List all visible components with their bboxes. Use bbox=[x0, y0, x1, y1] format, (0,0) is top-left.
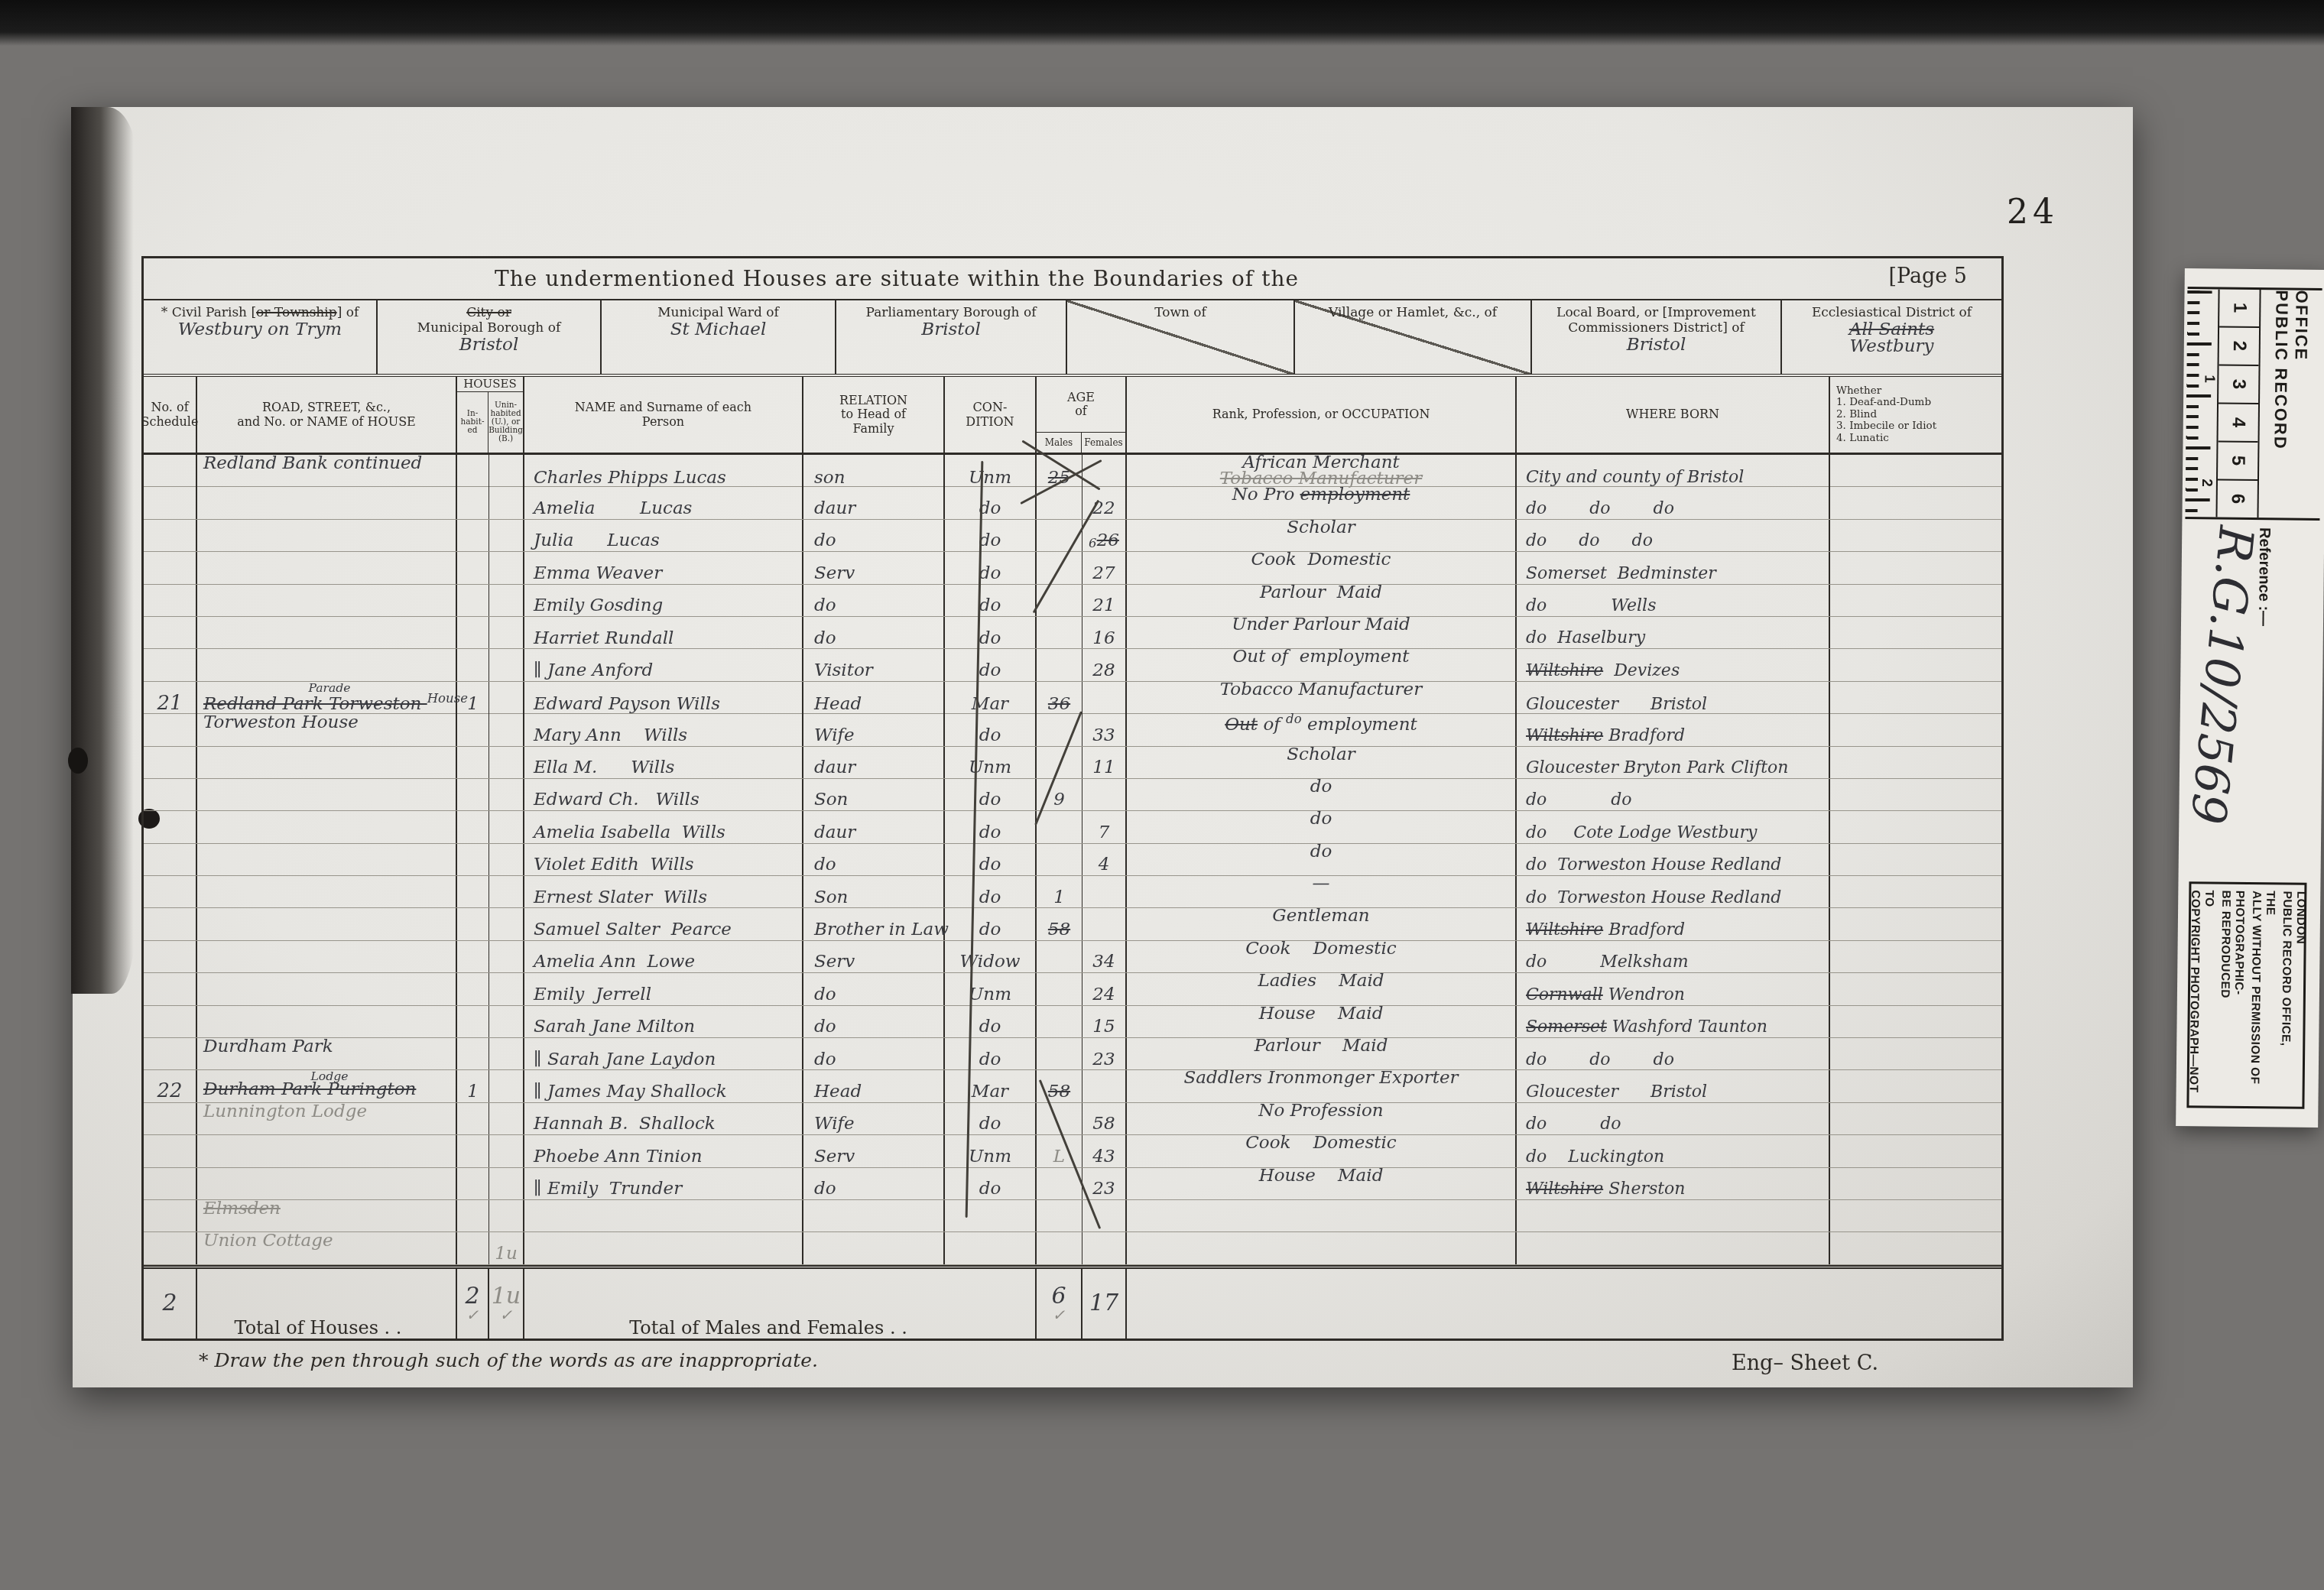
cell-inhabited bbox=[457, 876, 489, 907]
cell-inhabited bbox=[457, 811, 489, 842]
field-label: Local Board, or [ImprovementCommissioner… bbox=[1532, 300, 1780, 336]
totals-houses-label: Total of Houses . . bbox=[197, 1269, 457, 1339]
cell-where-born bbox=[1517, 1200, 1830, 1231]
cell-condition: do bbox=[945, 520, 1037, 551]
cell-road: Lunnington Lodge bbox=[197, 1103, 457, 1134]
totals-schedule: 2 bbox=[144, 1269, 197, 1339]
cell-name: Amelia Ann Lowe bbox=[524, 941, 803, 972]
cell-age-female: 15 bbox=[1082, 1006, 1127, 1037]
cell-inhabited bbox=[457, 779, 489, 810]
cell-where-born: do do do bbox=[1517, 487, 1830, 518]
field-label: * Civil Parish [or Township] of bbox=[144, 300, 376, 320]
public-record-office-label: PUBLIC RECORD OFFICE bbox=[2258, 290, 2322, 518]
table-row: ∥ Jane Anford Visitor do 28 Out of emplo… bbox=[144, 649, 2001, 681]
cell-schedule bbox=[144, 876, 197, 907]
cell-occupation: do bbox=[1127, 779, 1517, 810]
cell-name: Amelia Isabella Wills bbox=[524, 811, 803, 842]
field-value: All SaintsWestbury bbox=[1782, 322, 2001, 355]
cell-uninhabited bbox=[489, 455, 524, 488]
table-row: Emma Weaver Serv do 27 Cook Domestic Som… bbox=[144, 552, 2001, 584]
scale-number: 2 bbox=[2219, 328, 2260, 367]
cell-relation: do bbox=[803, 973, 945, 1004]
cell-infirmity bbox=[1830, 1006, 2001, 1037]
district-field-ecclesiastical: Ecclesiastical District of All SaintsWes… bbox=[1782, 300, 2001, 374]
cell-relation: Visitor bbox=[803, 649, 945, 680]
cell-infirmity bbox=[1830, 1135, 2001, 1167]
field-label: Town of bbox=[1067, 300, 1293, 320]
cell-occupation: No Profession bbox=[1127, 1103, 1517, 1134]
scale-number: 4 bbox=[2219, 404, 2259, 443]
cell-age-male bbox=[1037, 585, 1082, 616]
cell-relation: do bbox=[803, 585, 945, 616]
ruler-cm-1: 1 bbox=[2200, 375, 2217, 383]
cell-occupation: Under Parlour Maid bbox=[1127, 617, 1517, 648]
cell-inhabited bbox=[457, 844, 489, 875]
cell-occupation: Cook Domestic bbox=[1127, 941, 1517, 972]
cell-inhabited: 1 bbox=[457, 1070, 489, 1102]
copyright-line: ALLY WITHOUT PERMISSION OF THE bbox=[2247, 891, 2277, 1100]
cell-condition: Mar bbox=[945, 1070, 1037, 1102]
cell-road: Elmsden bbox=[197, 1200, 457, 1231]
cell-relation: Wife bbox=[803, 1103, 945, 1134]
table-row: ∥ Emily Trunder do do 23 House Maid Wilt… bbox=[144, 1168, 2001, 1200]
column-header-where-born: WHERE BORN bbox=[1517, 377, 1830, 453]
cell-inhabited bbox=[457, 973, 489, 1004]
cell-relation: do bbox=[803, 844, 945, 875]
scale-number: 1 bbox=[2219, 290, 2260, 329]
column-header-occupation: Rank, Profession, or OCCUPATION bbox=[1127, 377, 1517, 453]
cell-name: Charles Phipps Lucas bbox=[524, 455, 803, 488]
table-row: Samuel Salter Pearce Brother in Law do 5… bbox=[144, 908, 2001, 940]
cell-condition: do bbox=[945, 585, 1037, 616]
field-label: Village or Hamlet, &c., of bbox=[1295, 300, 1530, 320]
cell-infirmity bbox=[1830, 617, 2001, 648]
cell-infirmity bbox=[1830, 585, 2001, 616]
cell-name: Emma Weaver bbox=[524, 552, 803, 583]
table-row: Edward Ch. Wills Son do 9 do do do bbox=[144, 779, 2001, 811]
cell-condition: do bbox=[945, 779, 1037, 810]
ruler-cm-2: 2 bbox=[2198, 479, 2215, 487]
table-row: Lunnington Lodge Hannah B. Shallock Wife… bbox=[144, 1103, 2001, 1135]
cell-condition: do bbox=[945, 649, 1037, 680]
cell-relation: daur bbox=[803, 747, 945, 778]
cell-name: Harriet Rundall bbox=[524, 617, 803, 648]
cell-uninhabited bbox=[489, 941, 524, 972]
cell-name: Hannah B. Shallock bbox=[524, 1103, 803, 1134]
cell-name: Ella M. Wills bbox=[524, 747, 803, 778]
check-mark: ✓ bbox=[466, 1308, 479, 1322]
check-mark: ✓ bbox=[1053, 1308, 1066, 1322]
table-row: Amelia Isabella Wills daur do 7 do do Co… bbox=[144, 811, 2001, 843]
cell-condition: do bbox=[945, 811, 1037, 842]
cell-infirmity bbox=[1830, 520, 2001, 551]
cell-inhabited bbox=[457, 1135, 489, 1167]
cell-schedule bbox=[144, 1038, 197, 1069]
cell-age-male bbox=[1037, 649, 1082, 680]
cell-uninhabited bbox=[489, 1006, 524, 1037]
cell-schedule bbox=[144, 617, 197, 648]
cell-relation bbox=[803, 1200, 945, 1231]
cell-name: Ernest Slater Wills bbox=[524, 876, 803, 907]
cell-occupation bbox=[1127, 1200, 1517, 1231]
footnote: * Draw the pen through such of the words… bbox=[199, 1349, 818, 1371]
cell-age-male bbox=[1037, 1038, 1082, 1069]
cell-name: Sarah Jane Milton bbox=[524, 1006, 803, 1037]
cell-condition bbox=[945, 1232, 1037, 1264]
cell-condition: do bbox=[945, 1006, 1037, 1037]
field-value: Bristol bbox=[836, 322, 1066, 339]
cell-inhabited bbox=[457, 941, 489, 972]
cell-schedule bbox=[144, 844, 197, 875]
cell-where-born: Somerset Bedminster bbox=[1517, 552, 1830, 583]
table-row: Sarah Jane Milton do do 15 House Maid So… bbox=[144, 1006, 2001, 1038]
cell-occupation: Scholar bbox=[1127, 747, 1517, 778]
cell-inhabited bbox=[457, 1038, 489, 1069]
cell-occupation: Ladies Maid bbox=[1127, 973, 1517, 1004]
table-row: 21 ParadeRedland Park Torweston House 1 … bbox=[144, 682, 2001, 714]
field-value: Westbury on Trym bbox=[144, 322, 376, 339]
table-title: The undermentioned Houses are situate wi… bbox=[495, 266, 1299, 291]
table-row: Emily Jerrell do Unm 24 Ladies Maid Corn… bbox=[144, 973, 2001, 1005]
cell-age-female: 33 bbox=[1082, 714, 1127, 745]
cell-relation: do bbox=[803, 1168, 945, 1199]
page-label: [Page 5 bbox=[1888, 264, 1967, 288]
cell-road bbox=[197, 1135, 457, 1167]
cell-uninhabited bbox=[489, 1135, 524, 1167]
cell-condition: do bbox=[945, 844, 1037, 875]
cell-age-male: L bbox=[1037, 1135, 1082, 1167]
cell-name bbox=[524, 1232, 803, 1264]
cell-uninhabited bbox=[489, 1168, 524, 1199]
cell-schedule bbox=[144, 908, 197, 939]
cell-road: ParadeRedland Park Torweston House bbox=[197, 682, 457, 715]
scale-number: 6 bbox=[2217, 481, 2257, 518]
column-header-uninhabited: Unin- habited (U.), or Building (B.) bbox=[488, 392, 523, 453]
scale-number: 3 bbox=[2219, 366, 2259, 405]
cell-road bbox=[197, 876, 457, 907]
cell-uninhabited bbox=[489, 1070, 524, 1102]
cell-where-born: do Torweston House Redland bbox=[1517, 844, 1830, 875]
cell-infirmity bbox=[1830, 844, 2001, 875]
cell-name: ∥ Sarah Jane Laydon bbox=[524, 1038, 803, 1069]
cell-inhabited bbox=[457, 649, 489, 680]
scale-number: 5 bbox=[2218, 443, 2258, 482]
cell-where-born: Somerset Washford Taunton bbox=[1517, 1006, 1830, 1037]
cell-name: Mary Ann Wills bbox=[524, 714, 803, 745]
cell-occupation: Out of do employment bbox=[1127, 714, 1517, 745]
cell-where-born: Wiltshire Bradford bbox=[1517, 908, 1830, 939]
cell-condition: Unm bbox=[945, 747, 1037, 778]
cell-uninhabited bbox=[489, 747, 524, 778]
census-table: The undermentioned Houses are situate wi… bbox=[141, 256, 2004, 1341]
cell-age-female: 4 bbox=[1082, 844, 1127, 875]
cell-where-born: do Haselbury bbox=[1517, 617, 1830, 648]
column-headers: No. of Schedule ROAD, STREET, &c., and N… bbox=[144, 377, 2001, 455]
cell-relation: Son bbox=[803, 779, 945, 810]
column-header-schedule: No. of Schedule bbox=[144, 377, 197, 453]
cell-age-female bbox=[1082, 779, 1127, 810]
cell-occupation: House Maid bbox=[1127, 1006, 1517, 1037]
cell-uninhabited: 1u bbox=[489, 1232, 524, 1264]
cell-relation: son bbox=[803, 455, 945, 488]
copyright-line: BE REPRODUCED PHOTOGRAPHIC- bbox=[2216, 891, 2246, 1100]
cell-where-born: Wiltshire Bradford bbox=[1517, 714, 1830, 745]
cell-inhabited bbox=[457, 487, 489, 518]
cell-age-female bbox=[1082, 1232, 1127, 1264]
cell-road bbox=[197, 520, 457, 551]
district-field-local-board: Local Board, or [ImprovementCommissioner… bbox=[1532, 300, 1782, 374]
cell-occupation: do bbox=[1127, 811, 1517, 842]
cell-occupation: Gentleman bbox=[1127, 908, 1517, 939]
cell-age-male bbox=[1037, 1006, 1082, 1037]
cell-uninhabited bbox=[489, 520, 524, 551]
cell-schedule bbox=[144, 714, 197, 745]
column-header-name: NAME and Surname of each Person bbox=[524, 377, 803, 453]
district-field-civil-parish: * Civil Parish [or Township] of Westbury… bbox=[144, 300, 378, 374]
cell-inhabited bbox=[457, 520, 489, 551]
cell-condition: Mar bbox=[945, 682, 1037, 715]
cell-inhabited bbox=[457, 747, 489, 778]
table-row: Amelia Lucas daur do 22 No Pro employmen… bbox=[144, 487, 2001, 519]
field-label: Municipal Ward of bbox=[602, 300, 835, 320]
cell-age-female: 626 bbox=[1082, 520, 1127, 551]
cell-schedule bbox=[144, 1232, 197, 1264]
cell-age-male: 36 bbox=[1037, 682, 1082, 715]
cell-road: Durdham Park bbox=[197, 1038, 457, 1069]
cell-name: Edward Payson Wills bbox=[524, 682, 803, 715]
cell-inhabited bbox=[457, 1168, 489, 1199]
cell-road bbox=[197, 973, 457, 1004]
cell-uninhabited bbox=[489, 779, 524, 810]
cell-age-male bbox=[1037, 617, 1082, 648]
cell-schedule: 21 bbox=[144, 682, 197, 715]
cell-condition: do bbox=[945, 552, 1037, 583]
cell-road bbox=[197, 1168, 457, 1199]
cell-name: Samuel Salter Pearce bbox=[524, 908, 803, 939]
totals-males-value: 6 bbox=[1051, 1286, 1066, 1308]
cell-name bbox=[524, 1200, 803, 1231]
cell-schedule bbox=[144, 1006, 197, 1037]
cell-relation: daur bbox=[803, 487, 945, 518]
photo-top-edge bbox=[0, 0, 2324, 46]
cell-condition: do bbox=[945, 908, 1037, 939]
cell-name: ∥ James May Shallock bbox=[524, 1070, 803, 1102]
cell-uninhabited bbox=[489, 908, 524, 939]
table-row: Emily Gosding do do 21 Parlour Maid do W… bbox=[144, 585, 2001, 617]
table-row: Violet Edith Wills do do 4 do do Torwest… bbox=[144, 844, 2001, 876]
sheet-label: Eng– Sheet C. bbox=[1732, 1351, 1878, 1375]
district-field-municipal-ward: Municipal Ward of St Michael bbox=[602, 300, 836, 374]
cell-schedule bbox=[144, 552, 197, 583]
cell-uninhabited bbox=[489, 649, 524, 680]
cell-infirmity bbox=[1830, 941, 2001, 972]
table-row: Harriet Rundall do do 16 Under Parlour M… bbox=[144, 617, 2001, 649]
copyright-line: COPYRIGHT PHOTOGRAPH—NOT TO bbox=[2186, 890, 2215, 1099]
houses-group-title: HOUSES bbox=[457, 377, 523, 392]
district-field-town: Town of bbox=[1067, 300, 1295, 374]
cell-age-female: 21 bbox=[1082, 585, 1127, 616]
table-title-row: The undermentioned Houses are situate wi… bbox=[144, 258, 2001, 300]
cell-schedule bbox=[144, 811, 197, 842]
cell-condition: do bbox=[945, 1038, 1037, 1069]
cell-infirmity bbox=[1830, 455, 2001, 488]
record-office-card: 1 2 1 2 3 4 5 6 PUBLIC RECORD OFFICE Ref… bbox=[2176, 268, 2324, 1128]
cell-schedule bbox=[144, 1168, 197, 1199]
cell-schedule bbox=[144, 1200, 197, 1231]
cell-occupation bbox=[1127, 1232, 1517, 1264]
cell-road: Redland Bank continued bbox=[197, 455, 457, 488]
cell-where-born: do Torweston House Redland bbox=[1517, 876, 1830, 907]
cell-schedule bbox=[144, 487, 197, 518]
table-row: Durdham Park ∥ Sarah Jane Laydon do do 2… bbox=[144, 1038, 2001, 1070]
cell-relation bbox=[803, 1232, 945, 1264]
cell-schedule bbox=[144, 973, 197, 1004]
cell-relation: do bbox=[803, 1006, 945, 1037]
cell-infirmity bbox=[1830, 552, 2001, 583]
cell-age-female: 34 bbox=[1082, 941, 1127, 972]
totals-inhabited-value: 2 bbox=[465, 1286, 479, 1308]
folio-number: 24 bbox=[2007, 193, 2059, 232]
totals-uninhabited: 1u ✓ bbox=[489, 1269, 524, 1339]
cell-road bbox=[197, 811, 457, 842]
district-header: * Civil Parish [or Township] of Westbury… bbox=[144, 300, 2001, 377]
cell-inhabited bbox=[457, 617, 489, 648]
cell-age-female bbox=[1082, 908, 1127, 939]
table-row: Ella M. Wills daur Unm 11 Scholar Glouce… bbox=[144, 747, 2001, 779]
column-header-infirmity: Whether 1. Deaf-and-Dumb 2. Blind 3. Imb… bbox=[1830, 377, 2001, 453]
cell-where-born: City and county of Bristol bbox=[1517, 455, 1830, 488]
cell-age-female: 16 bbox=[1082, 617, 1127, 648]
cell-occupation: — bbox=[1127, 876, 1517, 907]
cell-relation: Serv bbox=[803, 941, 945, 972]
totals-inhabited: 2 ✓ bbox=[457, 1269, 489, 1339]
column-header-relation: RELATION to Head of Family bbox=[803, 377, 945, 453]
ruler-ticks: 1 2 bbox=[2185, 289, 2218, 517]
cell-inhabited bbox=[457, 1200, 489, 1231]
cell-age-female bbox=[1082, 682, 1127, 715]
cell-inhabited bbox=[457, 585, 489, 616]
cell-age-male bbox=[1037, 973, 1082, 1004]
cell-relation: Son bbox=[803, 876, 945, 907]
cell-age-male bbox=[1037, 714, 1082, 745]
cell-occupation: Out of employment bbox=[1127, 649, 1517, 680]
cell-road bbox=[197, 552, 457, 583]
cell-uninhabited bbox=[489, 617, 524, 648]
cell-uninhabited bbox=[489, 1038, 524, 1069]
column-header-age: AGE of Males Females bbox=[1037, 377, 1127, 453]
cell-infirmity bbox=[1830, 908, 2001, 939]
cell-occupation: No Pro employment bbox=[1127, 487, 1517, 518]
cell-relation: do bbox=[803, 520, 945, 551]
cell-schedule bbox=[144, 649, 197, 680]
column-header-inhabited: In- habit- ed bbox=[457, 392, 488, 453]
cell-road bbox=[197, 908, 457, 939]
cell-age-female bbox=[1082, 876, 1127, 907]
table-row: Ernest Slater Wills Son do 1 — do Torwes… bbox=[144, 876, 2001, 908]
cell-occupation: Scholar bbox=[1127, 520, 1517, 551]
torn-paper-edge bbox=[71, 107, 137, 994]
cell-road bbox=[197, 649, 457, 680]
cell-uninhabited bbox=[489, 1200, 524, 1231]
cell-age-female: 27 bbox=[1082, 552, 1127, 583]
field-label: City orMunicipal Borough of bbox=[378, 300, 600, 336]
cell-where-born: do do bbox=[1517, 1103, 1830, 1134]
cell-infirmity bbox=[1830, 487, 2001, 518]
cell-relation: do bbox=[803, 1038, 945, 1069]
cell-where-born: Gloucester Bristol bbox=[1517, 1070, 1830, 1102]
district-field-village: Village or Hamlet, &c., of bbox=[1295, 300, 1532, 374]
cell-age-female bbox=[1082, 1070, 1127, 1102]
cell-inhabited bbox=[457, 455, 489, 488]
cell-age-female: 58 bbox=[1082, 1103, 1127, 1134]
cell-uninhabited bbox=[489, 811, 524, 842]
cell-occupation: Cook Domestic bbox=[1127, 1135, 1517, 1167]
cell-age-male bbox=[1037, 941, 1082, 972]
cell-road bbox=[197, 617, 457, 648]
cell-schedule bbox=[144, 1135, 197, 1167]
ruler-section: 1 2 1 2 3 4 5 6 PUBLIC RECORD OFFICE bbox=[2185, 287, 2322, 521]
copyright-notice: COPYRIGHT PHOTOGRAPH—NOT TO BE REPRODUCE… bbox=[2186, 881, 2306, 1109]
cell-condition: do bbox=[945, 714, 1037, 745]
census-page: 24 The undermentioned Houses are situate… bbox=[73, 107, 2133, 1387]
cell-condition: do bbox=[945, 617, 1037, 648]
cell-uninhabited bbox=[489, 552, 524, 583]
cell-infirmity bbox=[1830, 779, 2001, 810]
cell-name: Emily Jerrell bbox=[524, 973, 803, 1004]
cell-inhabited bbox=[457, 1232, 489, 1264]
cell-inhabited: 1 bbox=[457, 682, 489, 715]
cell-age-female: 7 bbox=[1082, 811, 1127, 842]
cell-age-female: 28 bbox=[1082, 649, 1127, 680]
cell-infirmity bbox=[1830, 876, 2001, 907]
table-row: Elmsden bbox=[144, 1200, 2001, 1232]
cell-age-male bbox=[1037, 811, 1082, 842]
cell-uninhabited bbox=[489, 844, 524, 875]
cell-infirmity bbox=[1830, 649, 2001, 680]
cell-age-female: 23 bbox=[1082, 1168, 1127, 1199]
cell-infirmity bbox=[1830, 682, 2001, 715]
cell-age-female: 23 bbox=[1082, 1038, 1127, 1069]
cell-road bbox=[197, 779, 457, 810]
cell-schedule bbox=[144, 455, 197, 488]
cell-infirmity bbox=[1830, 1168, 2001, 1199]
field-value: Bristol bbox=[1532, 337, 1780, 354]
cell-inhabited bbox=[457, 1103, 489, 1134]
column-header-females: Females bbox=[1082, 433, 1125, 453]
cell-condition: do bbox=[945, 1103, 1037, 1134]
cell-infirmity bbox=[1830, 747, 2001, 778]
cell-occupation: Parlour Maid bbox=[1127, 585, 1517, 616]
cell-infirmity bbox=[1830, 1038, 2001, 1069]
cell-name: Julia Lucas bbox=[524, 520, 803, 551]
cell-occupation: Saddlers Ironmonger Exporter bbox=[1127, 1070, 1517, 1102]
cell-infirmity bbox=[1830, 1232, 2001, 1264]
cell-uninhabited bbox=[489, 714, 524, 745]
totals-males: 6 ✓ bbox=[1037, 1269, 1082, 1339]
cell-relation: Serv bbox=[803, 552, 945, 583]
cell-relation: Serv bbox=[803, 1135, 945, 1167]
cell-road bbox=[197, 844, 457, 875]
cell-occupation: House Maid bbox=[1127, 1168, 1517, 1199]
field-label: Ecclesiastical District of bbox=[1782, 300, 2001, 320]
table-row: Amelia Ann Lowe Serv Widow 34 Cook Domes… bbox=[144, 941, 2001, 973]
cell-infirmity bbox=[1830, 1070, 2001, 1102]
cell-schedule bbox=[144, 1103, 197, 1134]
cell-uninhabited bbox=[489, 876, 524, 907]
age-group-title: AGE of bbox=[1037, 377, 1125, 432]
totals-males-females-label: Total of Males and Females . . bbox=[524, 1269, 1037, 1339]
cell-where-born bbox=[1517, 1232, 1830, 1264]
